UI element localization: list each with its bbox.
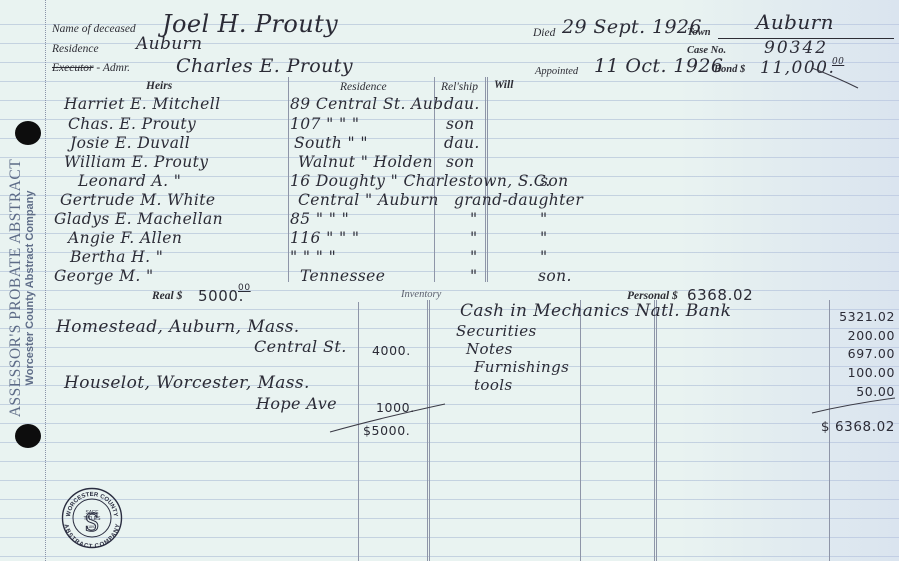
- heir-residence: 116 " " ": [290, 229, 359, 247]
- form-side-title: ASSESSOR'S PROBATE ABSTRACT Worcester Co…: [7, 159, 37, 417]
- form-company: Worcester County Abstract Company: [24, 159, 37, 417]
- heir-relship: ": [470, 267, 478, 285]
- form-title: ASSESSOR'S PROBATE ABSTRACT: [7, 159, 24, 417]
- heir-name: George M. ": [54, 267, 154, 285]
- punch-hole-top: [15, 121, 41, 145]
- margin-line: [45, 0, 46, 561]
- col-relship: Rel'ship: [441, 81, 478, 93]
- paper-tint: [679, 0, 899, 561]
- svg-text:1897: 1897: [88, 525, 96, 529]
- name-label: Name of deceased: [52, 23, 136, 35]
- heir-name: Gladys E. Machellan: [54, 210, 223, 228]
- bond-value: 11,000.: [760, 58, 835, 78]
- col-residence: Residence: [340, 81, 387, 93]
- residence-label: Residence: [52, 43, 99, 55]
- real-total: $5000.: [363, 423, 410, 438]
- personal-item-amount: 5321.02: [839, 309, 895, 324]
- real-item-street: Hope Ave: [256, 394, 337, 413]
- rule-real-end: [427, 300, 430, 561]
- heir-name: Gertrude M. White: [60, 191, 215, 209]
- residence-value: Auburn: [136, 34, 203, 54]
- heir-residence: 85 " " ": [290, 210, 349, 228]
- heir-residence: South " ": [294, 134, 368, 152]
- admr-label: Executor - Admr.: [52, 62, 130, 74]
- personal-item-amount: 200.00: [848, 328, 895, 343]
- rule-personal-desc: [654, 300, 657, 561]
- bond-label: Bond $: [714, 64, 745, 75]
- appointed-label: Appointed: [535, 66, 578, 77]
- heir-name: Josie E. Duvall: [70, 134, 190, 152]
- real-cents: 00: [238, 283, 251, 293]
- heir-note: ": [540, 210, 548, 228]
- personal-item-amount: 697.00: [848, 346, 895, 361]
- real-label: Real $: [152, 290, 182, 302]
- heir-residence: 16 Doughty " Charlestown, S.C.: [290, 172, 551, 190]
- personal-item-desc: Furnishings: [474, 358, 569, 376]
- svg-text:TITLES: TITLES: [84, 516, 102, 522]
- died-label: Died: [533, 27, 555, 39]
- heir-note: ": [540, 229, 548, 247]
- died-value: 29 Sept. 1926: [562, 16, 702, 38]
- heir-name: Harriet E. Mitchell: [64, 95, 220, 113]
- col-heirs: Heirs: [146, 80, 172, 92]
- personal-item-amount: 50.00: [856, 384, 895, 399]
- executor-label: Executor: [52, 62, 94, 74]
- heir-residence: 107 " " ": [290, 115, 359, 133]
- case-value: 90342: [764, 38, 828, 58]
- real-item-amount: 1000.: [376, 400, 415, 415]
- town-label: Town: [687, 27, 711, 38]
- heir-relship: son: [540, 172, 568, 190]
- town-value: Auburn: [756, 10, 834, 34]
- personal-item-desc: Cash in Mechanics Natl. Bank: [460, 301, 731, 321]
- heir-name: Leonard A. ": [78, 172, 181, 190]
- personal-item-desc: Notes: [466, 340, 513, 358]
- heir-relship: ": [470, 210, 478, 228]
- inventory-heading: Inventory: [401, 289, 441, 300]
- heir-relship: grand-daughter: [454, 191, 583, 209]
- personal-total: $ 6368.02: [821, 419, 895, 435]
- bond-cents: 00: [832, 57, 844, 67]
- punch-hole-bottom: [15, 424, 41, 448]
- heir-residence: Walnut " Holden: [298, 153, 433, 171]
- heir-relship: dau.: [444, 134, 480, 152]
- heir-relship: son: [446, 153, 474, 171]
- heir-name: William E. Prouty: [64, 153, 208, 171]
- real-item-street: Central St.: [254, 337, 347, 356]
- heir-name: Chas. E. Prouty: [68, 115, 196, 133]
- heir-relship: ": [470, 248, 478, 266]
- rule-personal-mid: [580, 300, 581, 561]
- heir-residence: 89 Central St. Aub.: [290, 95, 449, 113]
- heir-name: Angie F. Allen: [68, 229, 182, 247]
- heir-relship: son: [446, 115, 474, 133]
- appointed-value: 11 Oct. 1926: [594, 55, 723, 77]
- heir-note: son.: [538, 267, 572, 285]
- heir-note: ": [540, 248, 548, 266]
- rule-real-amount: [358, 302, 359, 561]
- admr-value: Charles E. Prouty: [176, 55, 353, 77]
- personal-item-desc: tools: [474, 376, 513, 394]
- heir-relship: dau.: [444, 95, 480, 113]
- real-item-desc: Homestead, Auburn, Mass.: [56, 317, 300, 337]
- personal-item-desc: Securities: [456, 322, 537, 340]
- admr-suffix: - Admr.: [96, 62, 130, 74]
- heir-residence: " " " ": [290, 248, 336, 266]
- real-item-amount: 4000.: [372, 343, 411, 358]
- personal-item-amount: 100.00: [848, 365, 895, 380]
- col-will: Will: [494, 79, 513, 91]
- company-seal: WORCESTER COUNTY ABSTRACT COMPANY S SAFE…: [61, 487, 123, 549]
- heir-residence: Tennessee: [300, 267, 385, 285]
- heir-residence: Central " Auburn: [298, 191, 439, 209]
- heir-name: Bertha H. ": [70, 248, 163, 266]
- heir-relship: ": [470, 229, 478, 247]
- real-item-desc: Houselot, Worcester, Mass.: [64, 373, 310, 393]
- rule-residence: [288, 77, 289, 282]
